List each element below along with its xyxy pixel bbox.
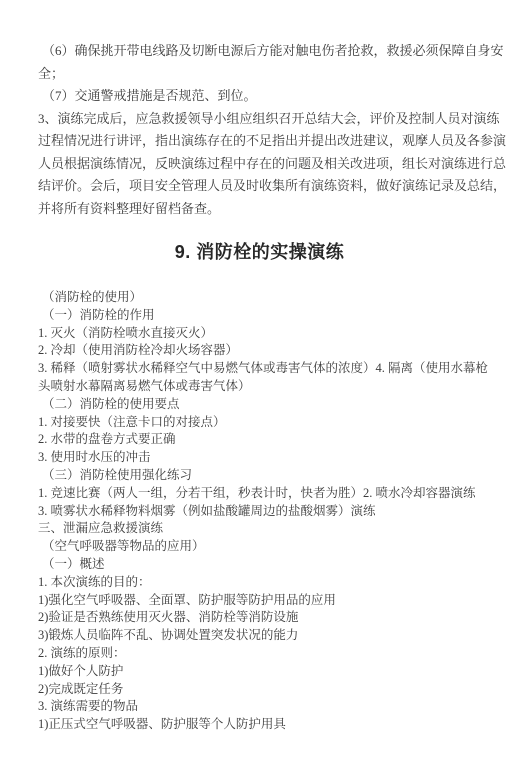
section-heading: 9. 消防栓的实操演练 [0,240,519,264]
text-line: 过程情况进行讲评，指出演练存在的不足指出并提出改进建议，观摩人员及各参演 [38,130,486,153]
text-line: 1. 灭火（消防栓喷水直接灭火） [38,325,486,343]
document-page: （6）确保挑开带电线路及切断电源后方能对触电伤者抢救，救援必须保障自身安全；（7… [0,0,519,769]
text-line: 3. 喷雾状水稀释物料烟雾（例如盐酸罐周边的盐酸烟雾）演练 [38,503,486,521]
text-line: （7）交通警戒措施是否规范、到位。 [38,85,486,108]
text-line: 2)验证是否熟练使用灭火器、消防栓等消防设施 [38,609,486,627]
text-line: （三）消防栓使用强化练习 [38,467,486,485]
text-line: 3、演练完成后，应急救援领导小组应组织召开总结大会，评价及控制人员对演练 [38,108,486,131]
text-line: （6）确保挑开带电线路及切断电源后方能对触电伤者抢救，救援必须保障自身安 [38,40,486,63]
text-line: 2. 演练的原则： [38,645,486,663]
top-paragraph-block: （6）确保挑开带电线路及切断电源后方能对触电伤者抢救，救援必须保障自身安全；（7… [38,40,486,220]
text-line: 头喷射水幕隔离易燃气体或毒害气体） [38,378,486,396]
text-line: 3. 使用时水压的冲击 [38,449,486,467]
text-line: （空气呼吸器等物品的应用） [38,538,486,556]
text-line: 1. 竞速比赛（两人一组，分若干组，秒表计时，快者为胜）2. 喷水冷却容器演练 [38,485,486,503]
text-line: 3. 稀释（喷射雾状水稀释空气中易燃气体或毒害气体的浓度）4. 隔离（使用水幕枪 [38,360,486,378]
text-line: 1)做好个人防护 [38,663,486,681]
text-line: 2. 水带的盘卷方式要正确 [38,431,486,449]
text-line: 1. 对接要快（注意卡口的对接点） [38,414,486,432]
text-line: （二）消防栓的使用要点 [38,396,486,414]
text-line: 1. 本次演练的目的： [38,574,486,592]
text-line: 结评价。会后，项目安全管理人员及时收集所有演练资料，做好演练记录及总结， [38,175,486,198]
body-paragraph-block: （消防栓的使用）（一）消防栓的作用1. 灭火（消防栓喷水直接灭火）2. 冷却（使… [38,289,486,734]
text-line: 3)锻炼人员临阵不乱、协调处置突发状况的能力 [38,627,486,645]
text-line: 全； [38,63,486,86]
text-line: 并将所有资料整理好留档备查。 [38,198,486,221]
text-line: （消防栓的使用） [38,289,486,307]
text-line: （一）消防栓的作用 [38,307,486,325]
text-line: 2. 冷却（使用消防栓冷却火场容器） [38,342,486,360]
text-line: 1)强化空气呼吸器、全面罩、防护服等防护用品的应用 [38,592,486,610]
text-line: 三、泄漏应急救援演练 [38,520,486,538]
text-line: （一）概述 [38,556,486,574]
text-line: 人员根据演练情况，反映演练过程中存在的问题及相关改进项，组长对演练进行总 [38,153,486,176]
text-line: 3. 演练需要的物品 [38,698,486,716]
text-line: 2)完成既定任务 [38,681,486,699]
text-line: 1)正压式空气呼吸器、防护服等个人防护用具 [38,716,486,734]
